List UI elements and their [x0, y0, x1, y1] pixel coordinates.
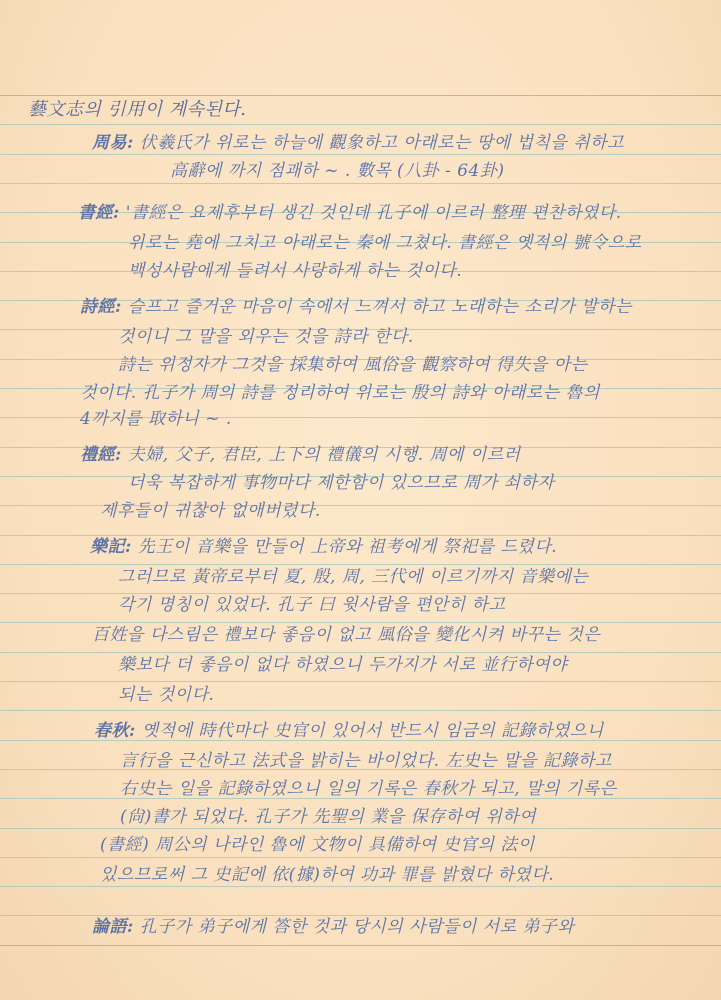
text-line: 백성사람에게 들려서 사랑하게 하는 것이다. [128, 256, 462, 281]
line-text: 樂보다 더 좋음이 없다 하였으니 두가지가 서로 並行하여야 [118, 655, 567, 675]
text-line: (書經) 周公의 나라인 魯에 文物이 具備하여 史官의 法이 [100, 830, 535, 855]
section-label: 禮經: [80, 445, 122, 465]
text-line: 4까지를 取하니 ~ . [80, 404, 232, 429]
ruled-line [0, 886, 721, 887]
ruled-line [0, 183, 721, 184]
text-line: 春秋:옛적에 時代마다 史官이 있어서 반드시 임금의 記錄하였으니 [94, 716, 604, 741]
line-text: '書經은 요제후부터 생긴 것인데 孔子에 이르러 整理 편찬하였다. [126, 203, 622, 223]
line-text: 夫婦, 父子, 君臣, 上下의 禮儀의 시행. 周에 이르러 [128, 445, 521, 465]
text-line: 더욱 복잡하게 事物마다 제한함이 있으므로 周가 쇠하자 [128, 468, 554, 493]
line-text: 詩는 위정자가 그것을 採集하여 風俗을 觀察하여 得失을 아는 [118, 355, 588, 375]
text-line: 되는 것이다. [118, 680, 214, 705]
line-text: 것이다. 孔子가 周의 詩를 정리하여 위로는 殷의 詩와 아래로는 魯의 [80, 383, 600, 403]
text-line: 樂記:先王이 音樂을 만들어 上帝와 祖考에게 祭祀를 드렸다. [90, 532, 557, 557]
line-text: (書經) 周公의 나라인 魯에 文物이 具備하여 史官의 法이 [100, 835, 535, 855]
line-text: 옛적에 時代마다 史官이 있어서 반드시 임금의 記錄하였으니 [142, 721, 604, 741]
line-text: 있으므로써 그 史記에 依(據)하여 功과 罪를 밝혔다 하였다. [100, 865, 554, 885]
text-line: 書經:'書經은 요제후부터 생긴 것인데 孔子에 이르러 整理 편찬하였다. [78, 198, 622, 223]
ruled-line [0, 945, 721, 946]
ruled-line [0, 857, 721, 858]
line-text: 것이니 그 말을 외우는 것을 詩라 한다. [118, 327, 414, 347]
line-text: 4까지를 取하니 ~ . [80, 409, 232, 429]
line-text: 伏羲氏가 위로는 하늘에 觀象하고 아래로는 땅에 법칙을 취하고 [140, 133, 624, 153]
text-line: 周易:伏羲氏가 위로는 하늘에 觀象하고 아래로는 땅에 법칙을 취하고 [92, 128, 624, 153]
text-line: 樂보다 더 좋음이 없다 하였으니 두가지가 서로 並行하여야 [118, 650, 567, 675]
text-line: 禮經:夫婦, 父子, 君臣, 上下의 禮儀의 시행. 周에 이르러 [80, 440, 521, 465]
section-label: 詩經: [80, 297, 122, 317]
section-label: 樂記: [90, 537, 132, 557]
text-line: 高辭에 까지 점괘하 ~ . 數목 (八卦 - 64卦) [170, 156, 504, 181]
line-text: 右史는 일을 記錄하였으니 일의 기록은 春秋가 되고, 말의 기록은 [120, 779, 617, 799]
line-text: 백성사람에게 들려서 사랑하게 하는 것이다. [128, 261, 462, 281]
text-line: 詩經:슬프고 즐거운 마음이 속에서 느껴서 하고 노래하는 소리가 발하는 [80, 292, 632, 317]
line-text: 先王이 音樂을 만들어 上帝와 祖考에게 祭祀를 드렸다. [138, 537, 557, 557]
text-line: 右史는 일을 記錄하였으니 일의 기록은 春秋가 되고, 말의 기록은 [120, 774, 617, 799]
line-text: 슬프고 즐거운 마음이 속에서 느껴서 하고 노래하는 소리가 발하는 [128, 297, 632, 317]
line-text: 되는 것이다. [118, 685, 214, 705]
ruled-line [0, 828, 721, 829]
line-text: 각기 명칭이 있었다. 孔子 曰 윗사람을 편안히 하고 [118, 595, 505, 615]
section-label: 論語: [92, 917, 134, 937]
section-label: 春秋: [94, 721, 136, 741]
line-text: 百姓을 다스림은 禮보다 좋음이 없고 風俗을 變化시켜 바꾸는 것은 [92, 625, 600, 645]
line-text: 제후들이 귀찮아 없애버렸다. [100, 501, 321, 521]
ruled-line [0, 710, 721, 711]
text-line: 詩는 위정자가 그것을 採集하여 風俗을 觀察하여 得失을 아는 [118, 350, 588, 375]
line-text: (尙)書가 되었다. 孔子가 先聖의 業을 保存하여 위하여 [120, 807, 536, 827]
line-text: 高辭에 까지 점괘하 ~ . 數목 (八卦 - 64卦) [170, 161, 504, 181]
text-line: 있으므로써 그 史記에 依(據)하여 功과 罪를 밝혔다 하였다. [100, 860, 554, 885]
section-label: 周易: [92, 133, 134, 153]
text-line: 百姓을 다스림은 禮보다 좋음이 없고 風俗을 變化시켜 바꾸는 것은 [92, 620, 600, 645]
notebook-page: 藝文志의 引用이 계속된다. 周易:伏羲氏가 위로는 하늘에 觀象하고 아래로는… [0, 0, 721, 1000]
text-line: 言行을 근신하고 法式을 밝히는 바이었다. 左史는 말을 記錄하고 [120, 746, 612, 771]
line-text: 그러므로 黃帝로부터 夏, 殷, 周, 三代에 이르기까지 音樂에는 [118, 567, 588, 587]
ruled-line [0, 124, 721, 125]
text-line: 제후들이 귀찮아 없애버렸다. [100, 496, 321, 521]
line-text: 더욱 복잡하게 事物마다 제한함이 있으므로 周가 쇠하자 [128, 473, 554, 493]
text-line: 각기 명칭이 있었다. 孔子 曰 윗사람을 편안히 하고 [118, 590, 505, 615]
line-text: 孔子가 弟子에게 答한 것과 당시의 사람들이 서로 弟子와 [140, 917, 575, 937]
text-line: (尙)書가 되었다. 孔子가 先聖의 業을 保存하여 위하여 [120, 802, 536, 827]
text-line: 그러므로 黃帝로부터 夏, 殷, 周, 三代에 이르기까지 音樂에는 [118, 562, 588, 587]
line-text: 위로는 堯에 그치고 아래로는 秦에 그쳤다. 書經은 옛적의 號令으로 [128, 233, 642, 253]
text-line: 것이니 그 말을 외우는 것을 詩라 한다. [118, 322, 414, 347]
section-label: 書經: [78, 203, 120, 223]
ruled-line [0, 154, 721, 155]
text-line: 論語:孔子가 弟子에게 答한 것과 당시의 사람들이 서로 弟子와 [92, 912, 574, 937]
ruled-line [0, 681, 721, 682]
text-line: 것이다. 孔子가 周의 詩를 정리하여 위로는 殷의 詩와 아래로는 魯의 [80, 378, 600, 403]
text-line: 위로는 堯에 그치고 아래로는 秦에 그쳤다. 書經은 옛적의 號令으로 [128, 228, 642, 253]
line-text: 言行을 근신하고 法式을 밝히는 바이었다. 左史는 말을 記錄하고 [120, 751, 612, 771]
page-heading: 藝文志의 引用이 계속된다. [28, 95, 247, 121]
